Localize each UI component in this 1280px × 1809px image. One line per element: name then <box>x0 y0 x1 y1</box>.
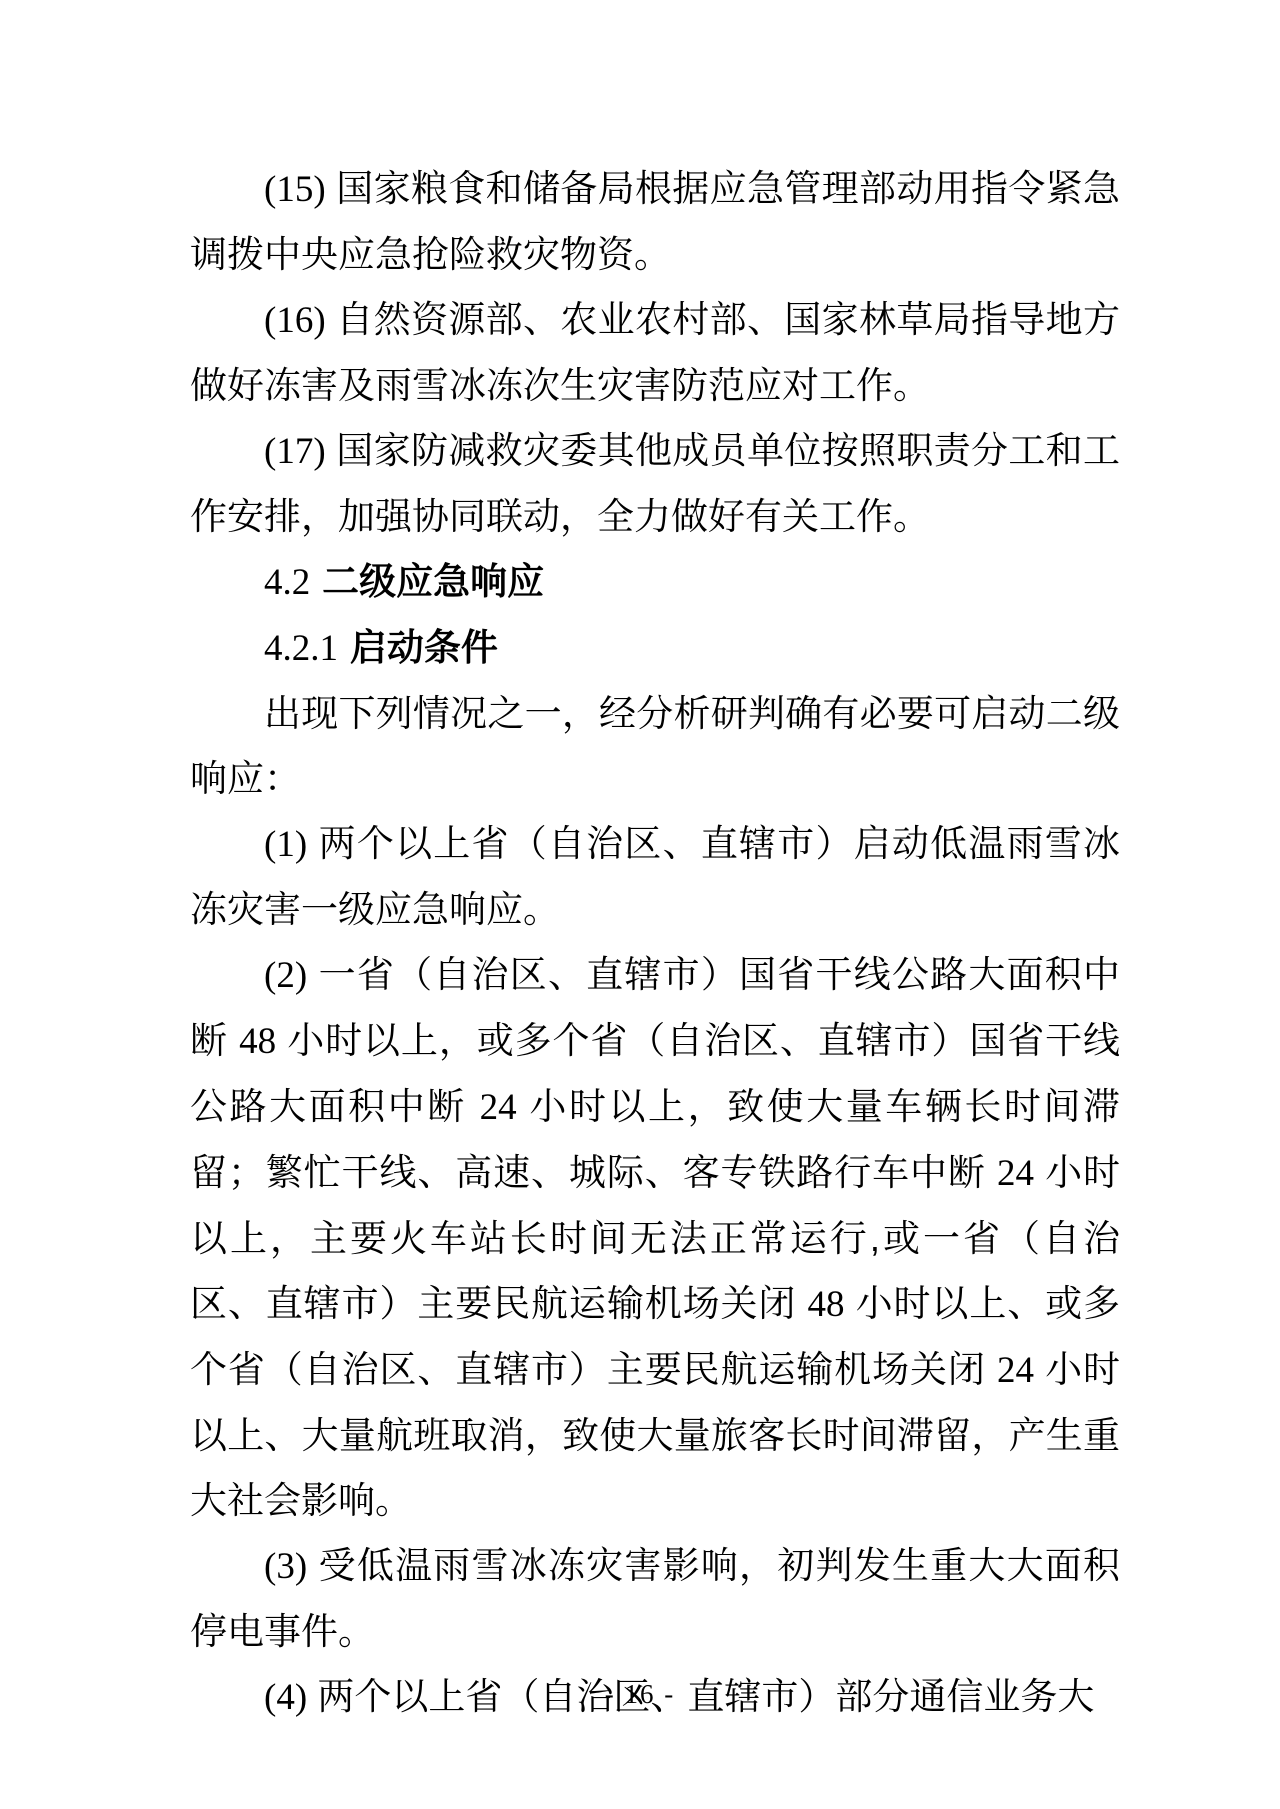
paragraph: (3) 受低温雨雪冰冻灾害影响，初判发生重大大面积停电事件。 <box>190 1533 1120 1664</box>
paragraph: (1) 两个以上省（自治区、直辖市）启动低温雨雪冰冻灾害一级应急响应。 <box>190 811 1120 942</box>
numeral: (16) <box>264 300 326 341</box>
paragraph: 出现下列情况之一，经分析研判确有必要可启动二级响应： <box>190 681 1120 811</box>
paragraph: (16) 自然资源部、农业农村部、国家林草局指导地方做好冻害及雨雪冰冻次生灾害防… <box>190 287 1120 418</box>
heading-title: 启动条件 <box>350 627 498 668</box>
heading-number: 4.2 <box>264 562 310 603</box>
section-heading: 4.2.1启动条件 <box>190 615 1120 681</box>
paragraph: (17) 国家防减救灾委其他成员单位按照职责分工和工作安排，加强协同联动，全力做… <box>190 418 1120 549</box>
numeral: 24 <box>480 1087 517 1128</box>
numeral: (1) <box>264 824 307 865</box>
heading-title: 二级应急响应 <box>322 561 544 602</box>
numeral: (15) <box>264 169 326 210</box>
section-heading: 4.2二级应急响应 <box>190 549 1120 615</box>
numeral: 24 <box>997 1350 1034 1391</box>
numeral: (2) <box>264 955 307 996</box>
page-number: - 16 - <box>0 1676 1280 1712</box>
paragraph: (2) 一省（自治区、直辖市）国省干线公路大面积中断 48 小时以上，或多个省（… <box>190 942 1120 1533</box>
numeral: (3) <box>264 1546 307 1587</box>
numeral: 48 <box>239 1021 276 1062</box>
paragraph: (15) 国家粮食和储备局根据应急管理部动用指令紧急调拨中央应急抢险救灾物资。 <box>190 156 1120 287</box>
document-body: (15) 国家粮食和储备局根据应急管理部动用指令紧急调拨中央应急抢险救灾物资。(… <box>190 156 1120 1730</box>
numeral: 24 <box>997 1153 1034 1194</box>
numeral: 48 <box>807 1284 844 1325</box>
heading-number: 4.2.1 <box>264 628 338 669</box>
document-page: (15) 国家粮食和储备局根据应急管理部动用指令紧急调拨中央应急抢险救灾物资。(… <box>0 0 1280 1809</box>
numeral: (17) <box>264 431 326 472</box>
